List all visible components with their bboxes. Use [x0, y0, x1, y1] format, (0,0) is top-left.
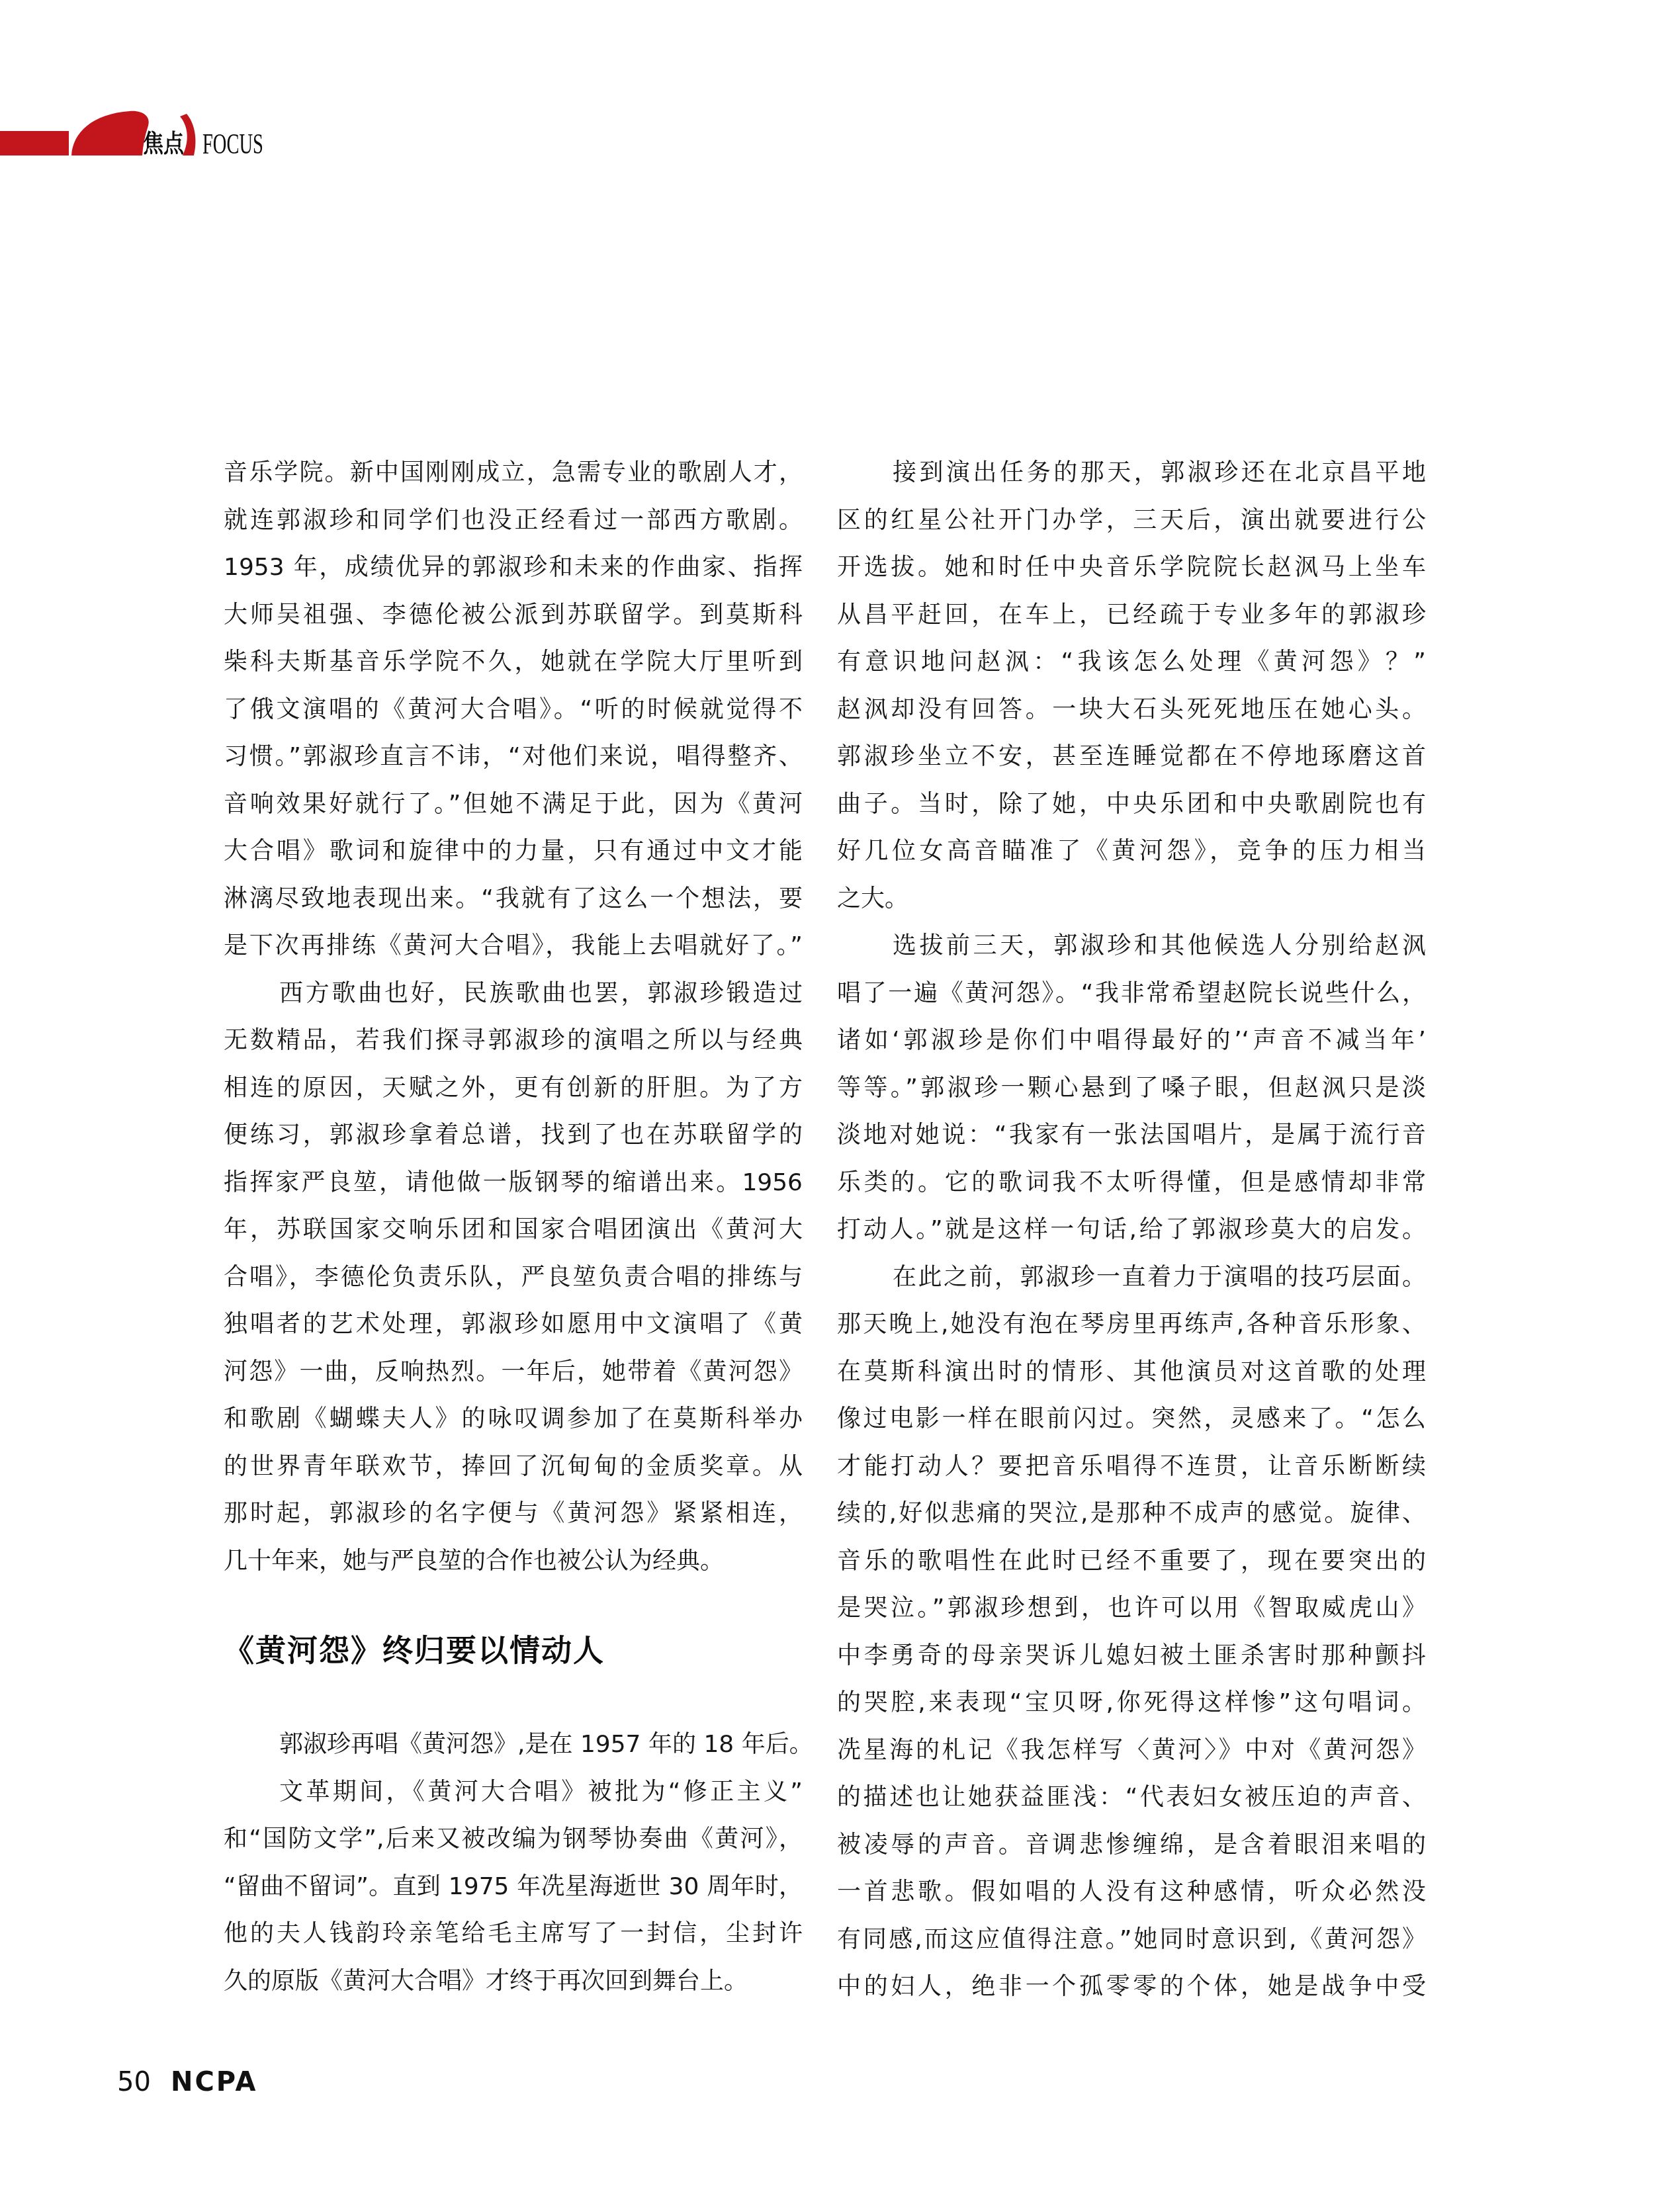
text-line: 才能打动人？要把音乐唱得不连贯，让音乐断断续: [837, 1443, 1426, 1491]
left-column-block-2: 郭淑珍再唱《黄河怨》,是在 1957 年的 18 年后。 文革期间，《黄河大合唱…: [224, 1721, 803, 2005]
text-line: 有意识地问赵沨：“我该怎么处理《黄河怨》？”: [837, 638, 1426, 686]
text-line: 淋漓尽致地表现出来。“我就有了这么一个想法，要: [224, 875, 803, 923]
text-line: 和“国防文学”,后来又被改编为钢琴协奏曲《黄河》，: [224, 1816, 803, 1863]
logo-red-bar: [0, 131, 69, 155]
right-column: 接到演出任务的那天，郭淑珍还在北京昌平地 区的红星公社开门办学，三天后，演出就要…: [837, 449, 1426, 2011]
section-label-en: FOCUS: [202, 127, 263, 159]
text-line: 有同感,而这应值得注意。”她同时意识到,《黄河怨》: [837, 1916, 1426, 1964]
text-line: 便练习，郭淑珍拿着总谱，找到了也在苏联留学的: [224, 1112, 803, 1159]
text-line: 开选拔。她和时任中央音乐学院院长赵沨马上坐车: [837, 544, 1426, 591]
text-line: 郭淑珍再唱《黄河怨》,是在 1957 年的 18 年后。: [224, 1721, 803, 1769]
text-line: 文革期间，《黄河大合唱》被批为“修正主义”: [224, 1769, 803, 1816]
text-line: 诸如‘郭淑珍是你们中唱得最好的’‘声音不减当年’: [837, 1017, 1426, 1065]
text-line: 在莫斯科演出时的情形、其他演员对这首歌的处理: [837, 1348, 1426, 1396]
text-line: 的哭腔,来表现“宝贝呀,你死得这样惨”这句唱词。: [837, 1679, 1426, 1727]
text-line: 1953 年，成绩优异的郭淑珍和未来的作曲家、指挥: [224, 544, 803, 591]
text-line: 独唱者的艺术处理，郭淑珍如愿用中文演唱了《黄: [224, 1301, 803, 1348]
text-line: 年，苏联国家交响乐团和国家合唱团演出《黄河大: [224, 1206, 803, 1254]
text-line: 大合唱》歌词和旋律中的力量，只有通过中文才能: [224, 828, 803, 875]
text-line: 从昌平赶回，在车上，已经疏于专业多年的郭淑珍: [837, 591, 1426, 639]
text-line: 在此之前，郭淑珍一直着力于演唱的技巧层面。: [837, 1254, 1426, 1301]
text-line: 乐类的。它的歌词我不太听得懂，但是感情却非常: [837, 1159, 1426, 1207]
text-line: 续的,好似悲痛的哭泣,是那种不成声的感觉。旋律、: [837, 1490, 1426, 1538]
text-line: 接到演出任务的那天，郭淑珍还在北京昌平地: [837, 449, 1426, 497]
text-line: 等等。”郭淑珍一颗心悬到了嗓子眼，但赵沨只是淡: [837, 1065, 1426, 1112]
text-line: 之大。: [837, 875, 1426, 923]
text-line: 音响效果好就行了。”但她不满足于此，因为《黄河: [224, 781, 803, 828]
magazine-abbr: NCPA: [171, 2068, 257, 2096]
article-subheading: 《黄河怨》终归要以情动人: [224, 1626, 605, 1670]
text-line: 淡地对她说：“我家有一张法国唱片，是属于流行音: [837, 1112, 1426, 1159]
text-line: 的世界青年联欢节，捧回了沉甸甸的金质奖章。从: [224, 1443, 803, 1491]
text-line: 冼星海的札记《我怎样写〈黄河〉》中对《黄河怨》: [837, 1727, 1426, 1774]
text-line: 像过电影一样在眼前闪过。突然，灵感来了。“怎么: [837, 1395, 1426, 1443]
text-line: 好几位女高音瞄准了《黄河怨》，竞争的压力相当: [837, 828, 1426, 875]
text-line: 的描述也让她获益匪浅：“代表妇女被压迫的声音、: [837, 1774, 1426, 1821]
left-column-block-1: 音乐学院。新中国刚刚成立，急需专业的歌剧人才， 就连郭淑珍和同学们也没正经看过一…: [224, 449, 803, 1585]
text-line: 音乐学院。新中国刚刚成立，急需专业的歌剧人才，: [224, 449, 803, 497]
text-line: 指挥家严良堃，请他做一版钢琴的缩谱出来。1956: [224, 1159, 803, 1207]
text-line: 几十年来，她与严良堃的合作也被公认为经典。: [224, 1538, 803, 1585]
text-line: 曲子。当时，除了她，中央乐团和中央歌剧院也有: [837, 781, 1426, 828]
text-line: 郭淑珍坐立不安，甚至连睡觉都在不停地琢磨这首: [837, 733, 1426, 781]
text-line: 一首悲歌。假如唱的人没有这种感情，听众必然没: [837, 1868, 1426, 1916]
text-line: 柴科夫斯基音乐学院不久，她就在学院大厅里听到: [224, 638, 803, 686]
text-line: 选拔前三天，郭淑珍和其他候选人分别给赵沨: [837, 922, 1426, 970]
text-line: 无数精品，若我们探寻郭淑珍的演唱之所以与经典: [224, 1017, 803, 1065]
text-line: 大师吴祖强、李德伦被公派到苏联留学。到莫斯科: [224, 591, 803, 639]
text-line: 音乐的歌唱性在此时已经不重要了，现在要突出的: [837, 1538, 1426, 1585]
text-line: 就连郭淑珍和同学们也没正经看过一部西方歌剧。: [224, 497, 803, 545]
text-line: 中李勇奇的母亲哭诉儿媳妇被土匪杀害时那种颤抖: [837, 1632, 1426, 1680]
text-line: 打动人。”就是这样一句话,给了郭淑珍莫大的启发。: [837, 1206, 1426, 1254]
page-number: 50: [117, 2068, 151, 2096]
logo-dome-shape: [71, 111, 149, 155]
text-line: 那时起，郭淑珍的名字便与《黄河怨》紧紧相连，: [224, 1490, 803, 1538]
text-line: 他的夫人钱韵玲亲笔给毛主席写了一封信，尘封许: [224, 1910, 803, 1958]
text-line: 西方歌曲也好，民族歌曲也罢，郭淑珍锻造过: [224, 970, 803, 1018]
text-line: 相连的原因，天赋之外，更有创新的肝胆。为了方: [224, 1065, 803, 1112]
page-footer: 50 NCPA: [117, 2068, 257, 2096]
text-line: 习惯。”郭淑珍直言不讳，“对他们来说，唱得整齐、: [224, 733, 803, 781]
text-line: 是下次再排练《黄河大合唱》，我能上去唱就好了。”: [224, 922, 803, 970]
text-line: 久的原版《黄河大合唱》才终于再次回到舞台上。: [224, 1958, 803, 2005]
text-line: 区的红星公社开门办学，三天后，演出就要进行公: [837, 497, 1426, 545]
text-line: 赵沨却没有回答。一块大石头死死地压在她心头。: [837, 686, 1426, 734]
text-line: 中的妇人，绝非一个孤零零的个体，她是战争中受: [837, 1963, 1426, 2011]
text-line: “留曲不留词”。直到 1975 年冼星海逝世 30 周年时，: [224, 1863, 803, 1911]
text-line: 河怨》一曲，反响热烈。一年后，她带着《黄河怨》: [224, 1348, 803, 1396]
text-line: 和歌剧《蝴蝶夫人》的咏叹调参加了在莫斯科举办: [224, 1395, 803, 1443]
text-line: 被凌辱的声音。音调悲惨缠绵，是含着眼泪来唱的: [837, 1821, 1426, 1869]
text-line: 是哭泣。”郭淑珍想到，也许可以用《智取威虎山》: [837, 1585, 1426, 1632]
text-line: 那天晚上,她没有泡在琴房里再练声,各种音乐形象、: [837, 1301, 1426, 1348]
focus-section-logo: 焦点 FOCUS: [0, 106, 285, 159]
text-line: 唱了一遍《黄河怨》。“我非常希望赵院长说些什么，: [837, 970, 1426, 1018]
text-line: 合唱》，李德伦负责乐队，严良堃负责合唱的排练与: [224, 1254, 803, 1301]
text-line: 了俄文演唱的《黄河大合唱》。“听的时候就觉得不: [224, 686, 803, 734]
section-label-zh: 焦点: [143, 130, 185, 158]
